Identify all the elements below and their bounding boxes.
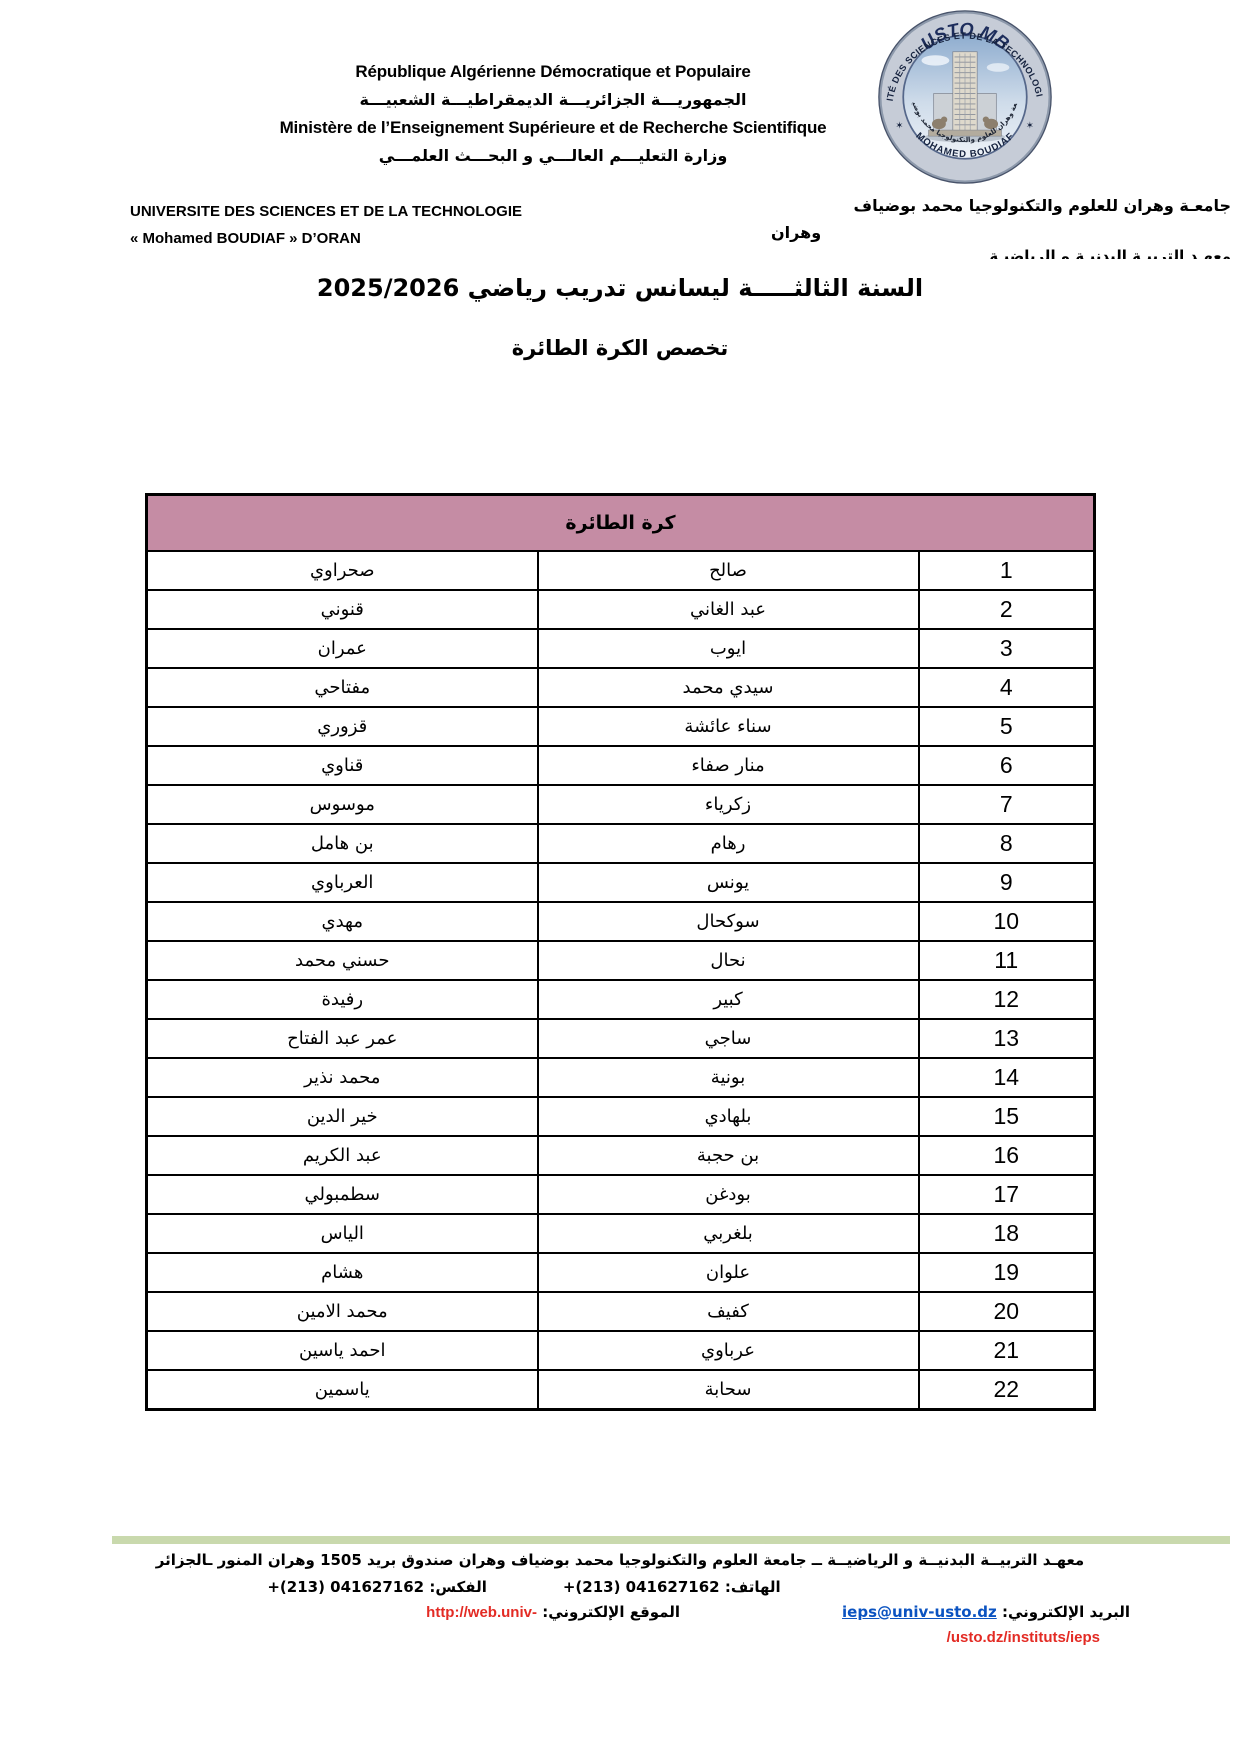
- table-row: سطمبوليبودغن17: [147, 1175, 1095, 1214]
- table-row: العرباوييونس9: [147, 863, 1095, 902]
- university-logo: USTO MB جامعة وهران للعلوم والتكنولوجيا …: [878, 10, 1052, 184]
- cell-number: 20: [919, 1292, 1095, 1331]
- table-row: موسوسزكرياء7: [147, 785, 1095, 824]
- table-row: مهديسوكحال10: [147, 902, 1095, 941]
- star-right-icon: ✶: [1026, 120, 1034, 131]
- table-row: قزوريسناء عائشة5: [147, 707, 1095, 746]
- cloud-icon: [922, 55, 950, 65]
- table-row: قناويمنار صفاء6: [147, 746, 1095, 785]
- cell-last-name: قنوني: [147, 590, 538, 629]
- roster-header-cell: كرة الطائرة: [147, 495, 1095, 552]
- cell-last-name: بن هامل: [147, 824, 538, 863]
- cell-last-name: قزوري: [147, 707, 538, 746]
- cell-last-name: هشام: [147, 1253, 538, 1292]
- cell-last-name: العرباوي: [147, 863, 538, 902]
- cell-last-name: عمران: [147, 629, 538, 668]
- phone-value: +(213) 041627162: [563, 1578, 720, 1596]
- table-row: عمر عبد الفتاحساجي13: [147, 1019, 1095, 1058]
- roster-body: صحراويصالح1قنونيعبد الغاني2عمرانايوب3مفت…: [147, 551, 1095, 1410]
- fax-group: الفكس: +(213) 041627162: [267, 1578, 486, 1596]
- cell-last-name: رفيدة: [147, 980, 538, 1019]
- cell-number: 1: [919, 551, 1095, 590]
- footer-email-group: البريد الإلكتروني: ieps@univ-usto.dz: [842, 1603, 1130, 1621]
- phone-group: الهاتف: +(213) 041627162: [563, 1578, 781, 1596]
- cell-last-name: عمر عبد الفتاح: [147, 1019, 538, 1058]
- university-name-fr-line1: UNIVERSITE DES SCIENCES ET DE LA TECHNOL…: [130, 198, 522, 225]
- table-row: خير الدينبلهادي15: [147, 1097, 1095, 1136]
- cell-number: 13: [919, 1019, 1095, 1058]
- cell-number: 14: [919, 1058, 1095, 1097]
- table-row: مفتاحيسيدي محمد4: [147, 668, 1095, 707]
- republic-line-fr: République Algérienne Démocratique et Po…: [130, 58, 976, 86]
- table-row: هشامعلوان19: [147, 1253, 1095, 1292]
- table-row: الياسبلغربي18: [147, 1214, 1095, 1253]
- cell-first-name: زكرياء: [538, 785, 919, 824]
- ministry-line-fr: Ministère de l’Enseignement Supérieure e…: [130, 114, 976, 142]
- document-page: République Algérienne Démocratique et Po…: [0, 0, 1240, 1754]
- fax-label: الفكس:: [429, 1578, 487, 1596]
- email-label: البريد الإلكتروني:: [1002, 1603, 1130, 1621]
- republic-line-ar: الجمهوريـــة الجزائريـــة الديمقراطيـــة…: [130, 86, 976, 114]
- table-row: رفيدةكبير12: [147, 980, 1095, 1019]
- table-row: ياسمينسحابة22: [147, 1370, 1095, 1410]
- cell-first-name: بن حجبة: [538, 1136, 919, 1175]
- cell-first-name: علوان: [538, 1253, 919, 1292]
- cell-first-name: سناء عائشة: [538, 707, 919, 746]
- university-name-fr-line2: « Mohamed BOUDIAF » D’ORAN: [130, 225, 522, 252]
- cell-number: 18: [919, 1214, 1095, 1253]
- cell-number: 5: [919, 707, 1095, 746]
- university-name-ar-line1: جامعـة وهران للعلوم والتكنولوجيا محمد بو…: [671, 192, 1231, 219]
- cell-last-name: مفتاحي: [147, 668, 538, 707]
- cell-first-name: بودغن: [538, 1175, 919, 1214]
- table-row: عبد الكريمبن حجبة16: [147, 1136, 1095, 1175]
- table-row: محمد الامينكفيف20: [147, 1292, 1095, 1331]
- cell-first-name: صالح: [538, 551, 919, 590]
- table-row: قنونيعبد الغاني2: [147, 590, 1095, 629]
- cloud-icon: [987, 63, 1010, 72]
- cell-number: 22: [919, 1370, 1095, 1410]
- fax-value: +(213) 041627162: [267, 1578, 424, 1596]
- cell-last-name: الياس: [147, 1214, 538, 1253]
- cell-first-name: عبد الغاني: [538, 590, 919, 629]
- cell-last-name: عبد الكريم: [147, 1136, 538, 1175]
- cell-number: 9: [919, 863, 1095, 902]
- cell-number: 12: [919, 980, 1095, 1019]
- volleyball-roster-table: كرة الطائرة صحراويصالح1قنونيعبد الغاني2ع…: [145, 493, 1096, 1411]
- cell-first-name: ايوب: [538, 629, 919, 668]
- university-name-ar-line2: وهران: [671, 219, 1231, 246]
- cell-first-name: يونس: [538, 863, 919, 902]
- cell-first-name: رهام: [538, 824, 919, 863]
- cell-number: 16: [919, 1136, 1095, 1175]
- cell-number: 17: [919, 1175, 1095, 1214]
- website-label: الموقع الإلكتروني:: [542, 1603, 680, 1621]
- footer-phone-line: الهاتف: +(213) 041627162 الفكس: +(213) 0…: [0, 1578, 1048, 1596]
- university-name-ar: جامعـة وهران للعلوم والتكنولوجيا محمد بو…: [671, 192, 1231, 259]
- cell-first-name: سيدي محمد: [538, 668, 919, 707]
- cell-last-name: موسوس: [147, 785, 538, 824]
- cell-first-name: بونية: [538, 1058, 919, 1097]
- table-row: بن هاملرهام8: [147, 824, 1095, 863]
- cell-number: 4: [919, 668, 1095, 707]
- cell-last-name: محمد نذير: [147, 1058, 538, 1097]
- footer-divider-bar: [112, 1536, 1230, 1544]
- cell-first-name: بلغربي: [538, 1214, 919, 1253]
- footer-website-group: الموقع الإلكتروني: http://web.univ-: [426, 1603, 680, 1621]
- cell-number: 8: [919, 824, 1095, 863]
- website-link[interactable]: http://web.univ-: [426, 1604, 537, 1621]
- cell-last-name: ياسمين: [147, 1370, 538, 1410]
- cell-number: 7: [919, 785, 1095, 824]
- cell-first-name: كفيف: [538, 1292, 919, 1331]
- table-row: حسني محمدنحال11: [147, 941, 1095, 980]
- email-link[interactable]: ieps@univ-usto.dz: [842, 1603, 997, 1621]
- cell-first-name: سحابة: [538, 1370, 919, 1410]
- cell-last-name: صحراوي: [147, 551, 538, 590]
- cell-first-name: نحال: [538, 941, 919, 980]
- website-link-continuation[interactable]: /usto.dz/instituts/ieps: [947, 1629, 1100, 1646]
- cell-last-name: احمد ياسين: [147, 1331, 538, 1370]
- table-row: صحراويصالح1: [147, 551, 1095, 590]
- university-name-fr: UNIVERSITE DES SCIENCES ET DE LA TECHNOL…: [130, 198, 522, 252]
- cell-number: 19: [919, 1253, 1095, 1292]
- cell-first-name: سوكحال: [538, 902, 919, 941]
- star-left-icon: ✶: [895, 120, 903, 131]
- cell-first-name: عرباوي: [538, 1331, 919, 1370]
- cell-last-name: قناوي: [147, 746, 538, 785]
- cell-last-name: سطمبولي: [147, 1175, 538, 1214]
- cell-last-name: خير الدين: [147, 1097, 538, 1136]
- phone-label: الهاتف:: [725, 1578, 781, 1596]
- table-header-row: كرة الطائرة: [147, 495, 1095, 552]
- specialty-title: تخصص الكرة الطائرة: [0, 336, 1240, 360]
- government-header: République Algérienne Démocratique et Po…: [130, 58, 976, 170]
- table-row: محمد نذيربونية14: [147, 1058, 1095, 1097]
- cell-last-name: مهدي: [147, 902, 538, 941]
- institute-name-ar-clipped: معهـد التربيـة البدنيـة و الرياضيـة: [671, 246, 1231, 259]
- cell-number: 3: [919, 629, 1095, 668]
- table-row: عمرانايوب3: [147, 629, 1095, 668]
- page-title: السنة الثالثـــــة ليسانس تدريب رياضي 20…: [0, 274, 1240, 302]
- table-row: احمد ياسينعرباوي21: [147, 1331, 1095, 1370]
- cell-first-name: بلهادي: [538, 1097, 919, 1136]
- cell-number: 11: [919, 941, 1095, 980]
- cell-number: 15: [919, 1097, 1095, 1136]
- cell-number: 21: [919, 1331, 1095, 1370]
- cell-first-name: ساجي: [538, 1019, 919, 1058]
- cell-last-name: حسني محمد: [147, 941, 538, 980]
- cell-number: 6: [919, 746, 1095, 785]
- cell-first-name: منار صفاء: [538, 746, 919, 785]
- cell-number: 10: [919, 902, 1095, 941]
- footer-address-line: معهـد التربيــة البدنيــة و الرياضيــة ـ…: [0, 1551, 1240, 1569]
- cell-last-name: محمد الامين: [147, 1292, 538, 1331]
- cell-first-name: كبير: [538, 980, 919, 1019]
- ministry-line-ar: وزارة التعليـــم العالـــي و البحـــث ال…: [130, 142, 976, 170]
- cell-number: 2: [919, 590, 1095, 629]
